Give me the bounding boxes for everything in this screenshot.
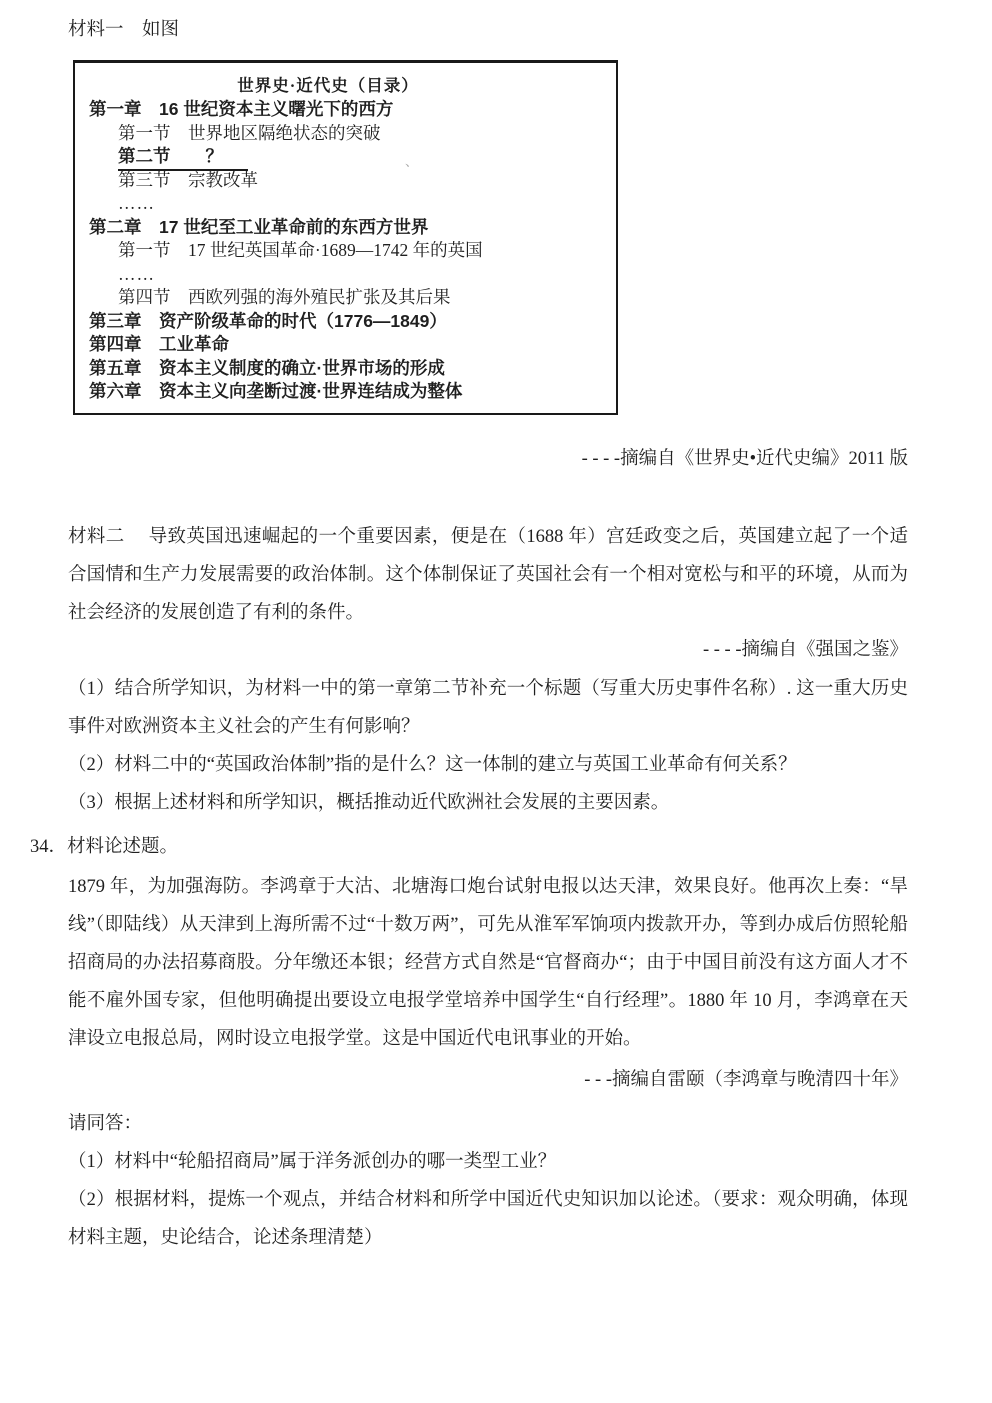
toc-chapter-row: 第三章 资产阶级革命的时代（1776—1849） xyxy=(89,310,616,334)
q34-item-1: （1）材料中“轮船招商局”属于洋务派创办的哪一类型工业？ xyxy=(68,1143,908,1181)
source-citation-1: - - - -摘编自《世界史•近代史编》2011 版 xyxy=(68,445,908,473)
q34-answer-prompt: 请同答： xyxy=(68,1105,908,1143)
toc-chapter-row: 第四章 工业革命 xyxy=(89,333,616,357)
toc-figure-box: 世界史·近代史（目录） 第一章 16 世纪资本主义曙光下的西方 第一节 世界地区… xyxy=(73,60,618,415)
toc-section-row: 第三节 宗教改革 xyxy=(89,169,616,193)
toc-chapter-row: 第五章 资本主义制度的确立·世界市场的形成 xyxy=(89,357,616,381)
q33-item-2: （2）材料二中的“英国政治体制”指的是什么？这一体制的建立与英国工业革命有何关系… xyxy=(68,746,908,784)
toc-ellipsis-row: …… xyxy=(89,192,616,216)
q34-item-2: （2）根据材料，提炼一个观点，并结合材料和所学中国近代史知识加以论述。（要求：观… xyxy=(68,1181,908,1257)
source-citation-2: - - - -摘编自《强国之鉴》 xyxy=(68,636,908,664)
scan-artifact-mark: 、 xyxy=(405,151,418,170)
q34-material-paragraph: 1879 年，为加强海防。李鸿章于大沽、北塘海口炮台试射电报以达天津，效果良好。… xyxy=(68,868,908,1058)
toc-section-row: 第四节 西欧列强的海外殖民扩张及其后果 xyxy=(89,286,616,310)
toc-chapter-row: 第二章 17 世纪至工业革命前的东西方世界 xyxy=(89,216,616,240)
source-citation-3: - - -摘编自雷颐（李鸿章与晚清四十年》 xyxy=(68,1066,908,1094)
toc-section-row: 第一节 世界地区隔绝状态的突破 xyxy=(89,122,616,146)
toc-chapter-row: 第六章 资本主义向垄断过渡·世界连结成为整体 xyxy=(89,380,616,404)
exam-document-page: 材料一 如图 世界史·近代史（目录） 第一章 16 世纪资本主义曙光下的西方 第… xyxy=(0,0,992,1403)
toc-title: 世界史·近代史（目录） xyxy=(89,73,567,98)
material1-label: 材料一 如图 xyxy=(68,16,179,44)
q33-item-3: （3）根据上述材料和所学知识，概括推动近代欧洲社会发展的主要因素。 xyxy=(68,784,908,822)
toc-ellipsis-row: …… xyxy=(89,263,616,287)
toc-chapter-row: 第一章 16 世纪资本主义曙光下的西方 xyxy=(89,98,616,122)
material2-paragraph: 材料二 导致英国迅速崛起的一个重要因素，便是在（1688 年）宫廷政变之后，英国… xyxy=(68,518,908,632)
toc-section-row-blank: 第二节 ？ xyxy=(89,145,616,169)
question-34-heading: 34．材料论述题。 xyxy=(30,828,908,866)
q33-item-1: （1）结合所学知识，为材料一中的第一章第二节补充一个标题（写重大历史事件名称）.… xyxy=(68,670,908,746)
toc-section-row: 第一节 17 世纪英国革命·1689—1742 年的英国 xyxy=(89,239,616,263)
blank-title-underline: 第二节 ？ xyxy=(118,145,248,171)
